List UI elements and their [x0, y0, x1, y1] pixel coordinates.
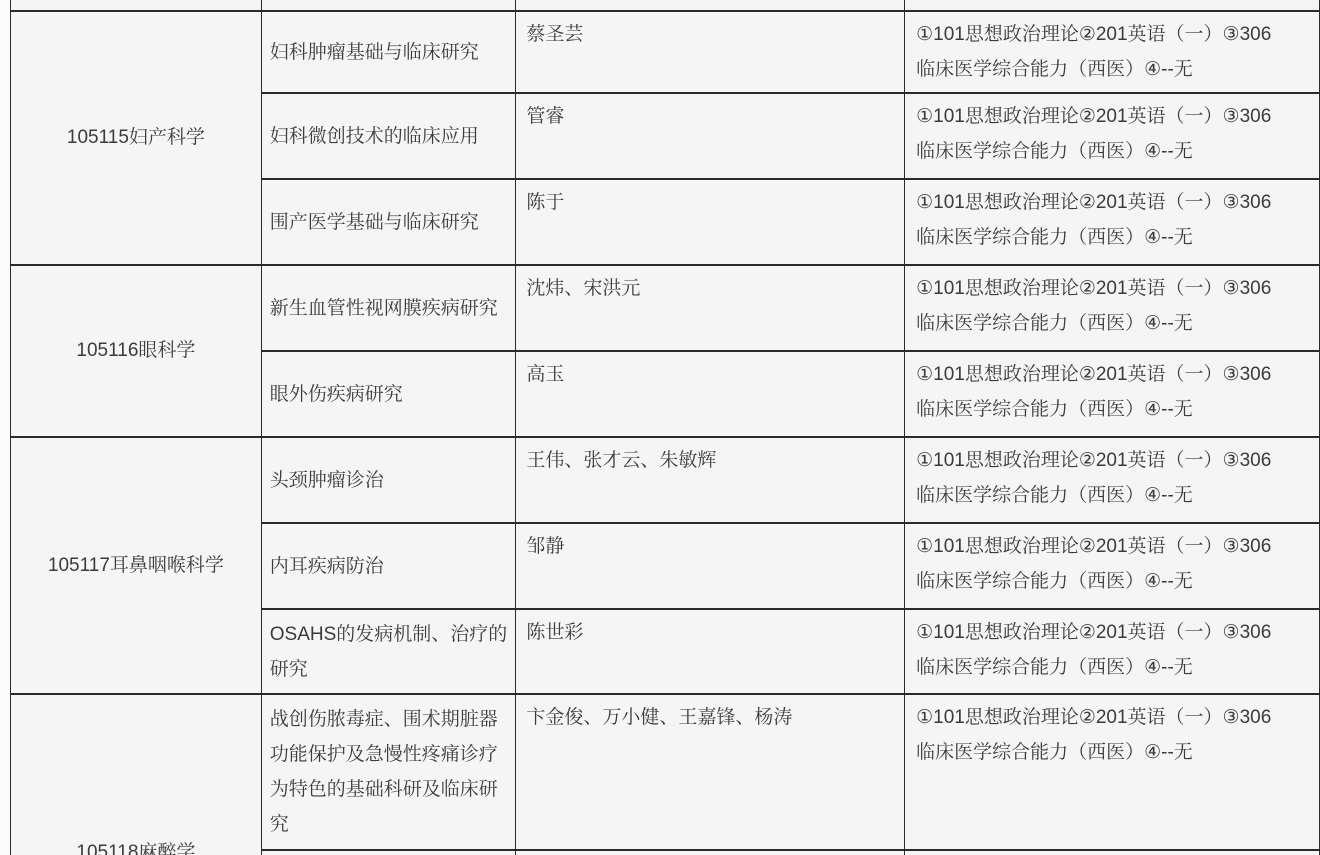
subjects-line-1: ①101思想政治理论②201英语（一）③306: [916, 357, 1308, 392]
direction-cell: 头颈肿瘤诊治: [261, 437, 516, 523]
subjects-cell: ①101思想政治理论②201英语（一）③306 临床医学综合能力（西医）④--无: [905, 265, 1320, 351]
advisors-cell-empty: [516, 850, 905, 855]
direction-cell: 新生血管性视网膜疾病研究: [261, 265, 516, 351]
advisors-cell: 陈于: [516, 179, 905, 265]
advisors-cell: 王伟、张才云、朱敏辉: [516, 437, 905, 523]
subjects-line-1: ①101思想政治理论②201英语（一）③306: [916, 271, 1308, 306]
advisors-text: 沈炜、宋洪元: [526, 271, 894, 306]
major-cell-empty: [11, 0, 262, 11]
direction-line: 妇科微创技术的临床应用: [270, 119, 508, 154]
table-row: 105116眼科学 新生血管性视网膜疾病研究 沈炜、宋洪元 ①101思想政治理论…: [11, 265, 1320, 351]
table-row: 105117耳鼻咽喉科学 头颈肿瘤诊治 王伟、张才云、朱敏辉 ①101思想政治理…: [11, 437, 1320, 523]
advisors-text: 陈世彩: [526, 615, 894, 650]
advisors-cell: 沈炜、宋洪元: [516, 265, 905, 351]
direction-cell-empty: [261, 0, 516, 11]
major-code-name: 105118麻醉学: [11, 843, 261, 855]
direction-line-1: 战创伤脓毒症、围术期脏器: [270, 702, 508, 737]
subjects-cell: ①101思想政治理论②201英语（一）③306 临床医学综合能力（西医）④--无: [905, 523, 1320, 609]
direction-cell-empty: [261, 850, 516, 855]
advisors-text: 管睿: [526, 99, 894, 134]
subjects-line-2: 临床医学综合能力（西医）④--无: [916, 134, 1308, 169]
subjects-line-1: ①101思想政治理论②201英语（一）③306: [916, 700, 1308, 735]
subjects-line-2: 临床医学综合能力（西医）④--无: [916, 478, 1308, 513]
advisors-cell: 卞金俊、万小健、王嘉锋、杨涛: [516, 694, 905, 850]
direction-line: 新生血管性视网膜疾病研究: [270, 291, 508, 326]
subjects-cell: ①101思想政治理论②201英语（一）③306 临床医学综合能力（西医）④--无: [905, 351, 1320, 437]
direction-cell: 眼外伤疾病研究: [261, 351, 516, 437]
direction-line: 眼外伤疾病研究: [270, 377, 508, 412]
subjects-line-2: 临床医学综合能力（西医）④--无: [916, 735, 1308, 770]
subjects-line-1: ①101思想政治理论②201英语（一）③306: [916, 17, 1308, 52]
direction-line: 内耳疾病防治: [270, 549, 508, 584]
direction-line-4: 究: [270, 807, 508, 842]
direction-cell: 围产医学基础与临床研究: [261, 179, 516, 265]
subjects-cell: ①101思想政治理论②201英语（一）③306 临床医学综合能力（西医）④--无: [905, 11, 1320, 93]
advisors-text: 陈于: [526, 185, 894, 220]
subjects-cell-empty: [905, 0, 1320, 11]
direction-cell: OSAHS的发病机制、治疗的 研究: [261, 609, 516, 694]
advisors-cell: 管睿: [516, 93, 905, 179]
advisors-cell: 陈世彩: [516, 609, 905, 694]
advisors-cell: 蔡圣芸: [516, 11, 905, 93]
subjects-line-2: 临床医学综合能力（西医）④--无: [916, 306, 1308, 341]
subjects-line-1: ①101思想政治理论②201英语（一）③306: [916, 615, 1308, 650]
advisors-cell-empty: [516, 0, 905, 11]
major-cell: 105118麻醉学: [11, 694, 262, 855]
enrollment-catalog-table: 105115妇产科学 妇科肿瘤基础与临床研究 蔡圣芸 ①101思想政治理论②20…: [10, 0, 1320, 855]
subjects-line-2: 临床医学综合能力（西医）④--无: [916, 52, 1308, 87]
direction-line: 头颈肿瘤诊治: [270, 463, 508, 498]
major-code-name: 105117耳鼻咽喉科学: [11, 554, 261, 578]
subjects-cell: ①101思想政治理论②201英语（一）③306 临床医学综合能力（西医）④--无: [905, 609, 1320, 694]
direction-line: 围产医学基础与临床研究: [270, 205, 508, 240]
subjects-cell-empty: [905, 850, 1320, 855]
subjects-line-2: 临床医学综合能力（西医）④--无: [916, 564, 1308, 599]
advisors-text: 邹静: [526, 529, 894, 564]
subjects-cell: ①101思想政治理论②201英语（一）③306 临床医学综合能力（西医）④--无: [905, 694, 1320, 850]
subjects-line-2: 临床医学综合能力（西医）④--无: [916, 650, 1308, 685]
major-cell: 105117耳鼻咽喉科学: [11, 437, 262, 694]
table-row: 105115妇产科学 妇科肿瘤基础与临床研究 蔡圣芸 ①101思想政治理论②20…: [11, 11, 1320, 93]
major-cell: 105116眼科学: [11, 265, 262, 437]
table-row: 105118麻醉学 战创伤脓毒症、围术期脏器 功能保护及急慢性疼痛诊疗 为特色的…: [11, 694, 1320, 850]
advisors-text: 蔡圣芸: [526, 17, 894, 52]
direction-line-2: 研究: [270, 652, 508, 687]
table-row-partial-top: [11, 0, 1320, 11]
major-cell: 105115妇产科学: [11, 11, 262, 265]
advisors-cell: 邹静: [516, 523, 905, 609]
subjects-cell: ①101思想政治理论②201英语（一）③306 临床医学综合能力（西医）④--无: [905, 437, 1320, 523]
subjects-line-1: ①101思想政治理论②201英语（一）③306: [916, 443, 1308, 478]
advisors-text: 王伟、张才云、朱敏辉: [526, 443, 894, 478]
advisors-cell: 高玉: [516, 351, 905, 437]
direction-cell: 内耳疾病防治: [261, 523, 516, 609]
subjects-cell: ①101思想政治理论②201英语（一）③306 临床医学综合能力（西医）④--无: [905, 93, 1320, 179]
subjects-line-1: ①101思想政治理论②201英语（一）③306: [916, 99, 1308, 134]
subjects-line-1: ①101思想政治理论②201英语（一）③306: [916, 529, 1308, 564]
direction-cell: 战创伤脓毒症、围术期脏器 功能保护及急慢性疼痛诊疗 为特色的基础科研及临床研 究: [261, 694, 516, 850]
major-code-name: 105115妇产科学: [11, 126, 261, 150]
subjects-line-1: ①101思想政治理论②201英语（一）③306: [916, 185, 1308, 220]
direction-line-3: 为特色的基础科研及临床研: [270, 772, 508, 807]
direction-cell: 妇科微创技术的临床应用: [261, 93, 516, 179]
subjects-cell: ①101思想政治理论②201英语（一）③306 临床医学综合能力（西医）④--无: [905, 179, 1320, 265]
subjects-line-2: 临床医学综合能力（西医）④--无: [916, 220, 1308, 255]
major-code-name: 105116眼科学: [11, 339, 261, 363]
advisors-text: 卞金俊、万小健、王嘉锋、杨涛: [526, 700, 894, 735]
subjects-line-2: 临床医学综合能力（西医）④--无: [916, 392, 1308, 427]
direction-line-2: 功能保护及急慢性疼痛诊疗: [270, 737, 508, 772]
direction-cell: 妇科肿瘤基础与临床研究: [261, 11, 516, 93]
direction-line-1: OSAHS的发病机制、治疗的: [270, 617, 508, 652]
direction-line: 妇科肿瘤基础与临床研究: [270, 35, 508, 70]
advisors-text: 高玉: [526, 357, 894, 392]
